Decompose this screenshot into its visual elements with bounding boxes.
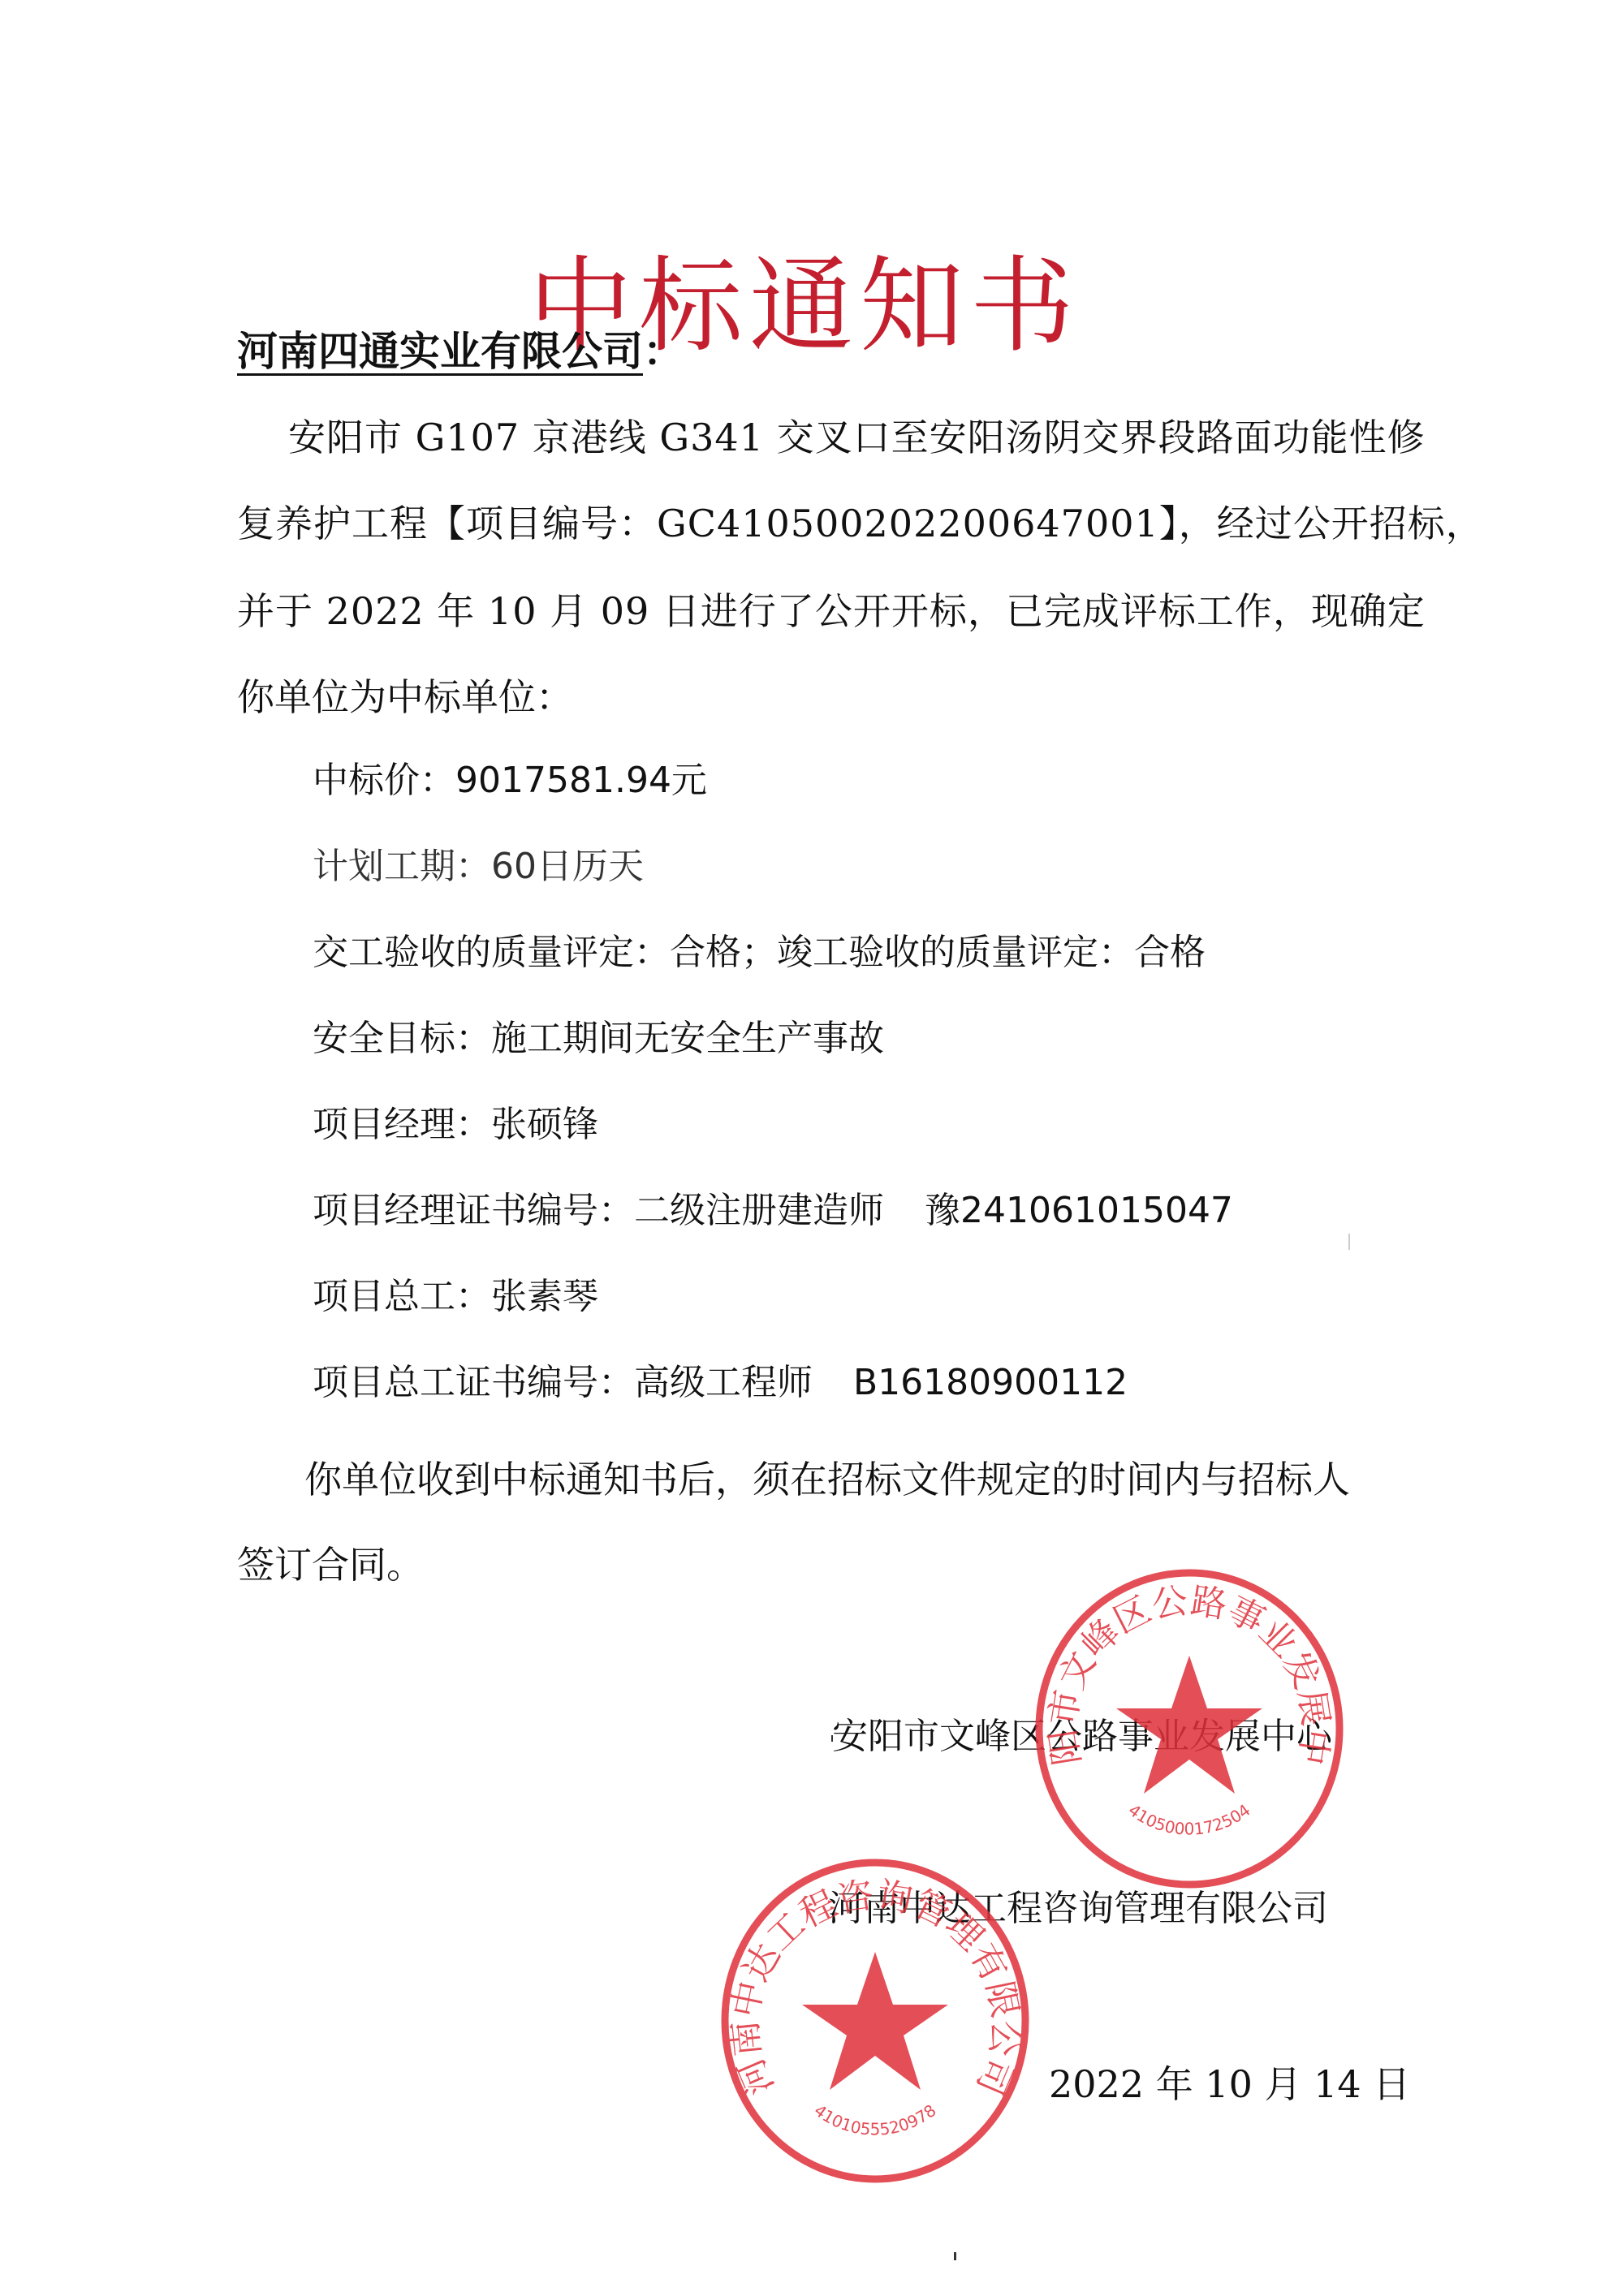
signatory-tenderer: 安阳市文峰区公路事业发展中心	[832, 1719, 1332, 1755]
item-label: 项目总工：	[313, 1276, 491, 1317]
item-value: 二级注册建造师	[634, 1190, 884, 1231]
body-line-2: 复养护工程【项目编号：GC410500202200647001】，经过公开招标，	[237, 505, 1484, 542]
item-value: 高级工程师	[634, 1362, 813, 1403]
item-extra: 豫241061015047	[925, 1190, 1233, 1231]
item-extra: B16180900112	[853, 1362, 1128, 1403]
item-value: 合格；竣工验收的质量评定：合格	[670, 932, 1206, 973]
item-value: 9017581.94元	[455, 760, 707, 801]
signatory-agency: 河南中达工程咨询管理有限公司	[828, 1891, 1328, 1927]
item-label: 中标价：	[313, 760, 455, 801]
addressee-colon: ：	[643, 328, 684, 375]
item-chief-engineer: 项目总工：张素琴	[313, 1279, 598, 1315]
item-value: 张素琴	[491, 1276, 598, 1317]
item-label: 项目经理：	[313, 1104, 491, 1145]
scan-artifact	[954, 2252, 956, 2260]
item-label: 计划工期：	[313, 846, 491, 887]
bid-award-notice-page: 中标通知书 河南四通实业有限公司： 安阳市 G107 京港线 G341 交叉口至…	[0, 0, 1609, 2296]
item-bid-price: 中标价：9017581.94元	[313, 763, 707, 799]
scan-artifact	[1348, 1234, 1350, 1250]
item-safety: 安全目标：施工期间无安全生产事故	[313, 1021, 884, 1057]
item-label: 项目经理证书编号：	[313, 1190, 634, 1231]
item-ce-certificate: 项目总工证书编号：高级工程师B16180900112	[313, 1365, 1128, 1401]
item-schedule: 计划工期：60日历天	[313, 849, 644, 885]
item-value: 60日历天	[491, 846, 644, 887]
seal-code: 4105000172504	[1124, 1800, 1253, 1839]
item-project-manager: 项目经理：张硕锋	[313, 1107, 598, 1143]
body-line-1: 安阳市 G107 京港线 G341 交叉口至安阳汤阴交界段路面功能性修	[288, 419, 1426, 456]
svg-text:4105000172504: 4105000172504	[1124, 1800, 1253, 1839]
item-label: 交工验收的质量评定：	[313, 932, 670, 973]
seal-code: 4101055520978	[810, 2100, 939, 2139]
item-label: 项目总工证书编号：	[313, 1362, 634, 1403]
closing-line-2: 签订合同。	[237, 1546, 424, 1583]
item-value: 施工期间无安全生产事故	[491, 1018, 884, 1059]
addressee-name: 河南四通实业有限公司	[237, 328, 643, 375]
svg-text:4101055520978: 4101055520978	[810, 2100, 939, 2139]
item-quality: 交工验收的质量评定：合格；竣工验收的质量评定：合格	[313, 935, 1206, 971]
issue-date: 2022 年 10 月 14 日	[1049, 2066, 1410, 2103]
body-line-4: 你单位为中标单位：	[237, 678, 573, 716]
closing-line-1: 你单位收到中标通知书后，须在招标文件规定的时间内与招标人	[304, 1461, 1350, 1498]
item-value: 张硕锋	[491, 1104, 598, 1145]
item-label: 安全目标：	[313, 1018, 491, 1059]
body-line-3: 并于 2022 年 10 月 09 日进行了公开开标，已完成评标工作，现确定	[237, 592, 1426, 630]
item-pm-certificate: 项目经理证书编号：二级注册建造师豫241061015047	[313, 1193, 1233, 1229]
addressee: 河南四通实业有限公司：	[237, 331, 684, 372]
